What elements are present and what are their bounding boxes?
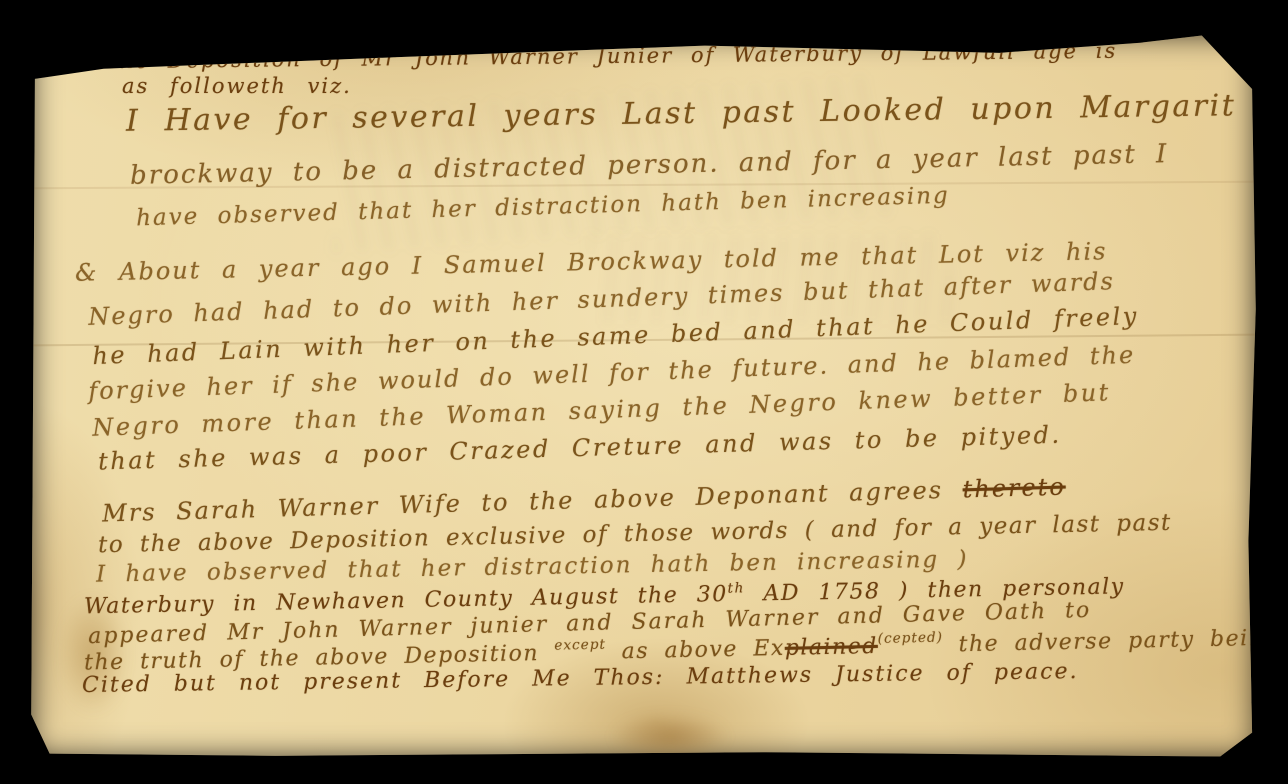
- scan-background: The Deposition of Mr John Warner Junier …: [0, 0, 1288, 784]
- manuscript-paper: The Deposition of Mr John Warner Junier …: [30, 34, 1257, 758]
- superscript-ordinal: th: [727, 580, 745, 596]
- line-text: as above Ex: [606, 636, 785, 665]
- manuscript-line: as followeth viz.: [122, 74, 352, 98]
- inserted-word: except: [554, 636, 606, 653]
- manuscript-line: brockway to be a distracted person. and …: [130, 139, 1169, 191]
- manuscript-line: have observed that her distraction hath …: [136, 183, 950, 232]
- struck-out-word: plained: [785, 634, 879, 661]
- manuscript-line: The Deposition of Mr John Warner Junier …: [104, 39, 1117, 74]
- paper-stain: [610, 714, 730, 759]
- inserted-word: (cepted): [878, 629, 944, 646]
- struck-out-word: thereto: [962, 473, 1066, 504]
- line-text: the adverse party being: [943, 625, 1280, 657]
